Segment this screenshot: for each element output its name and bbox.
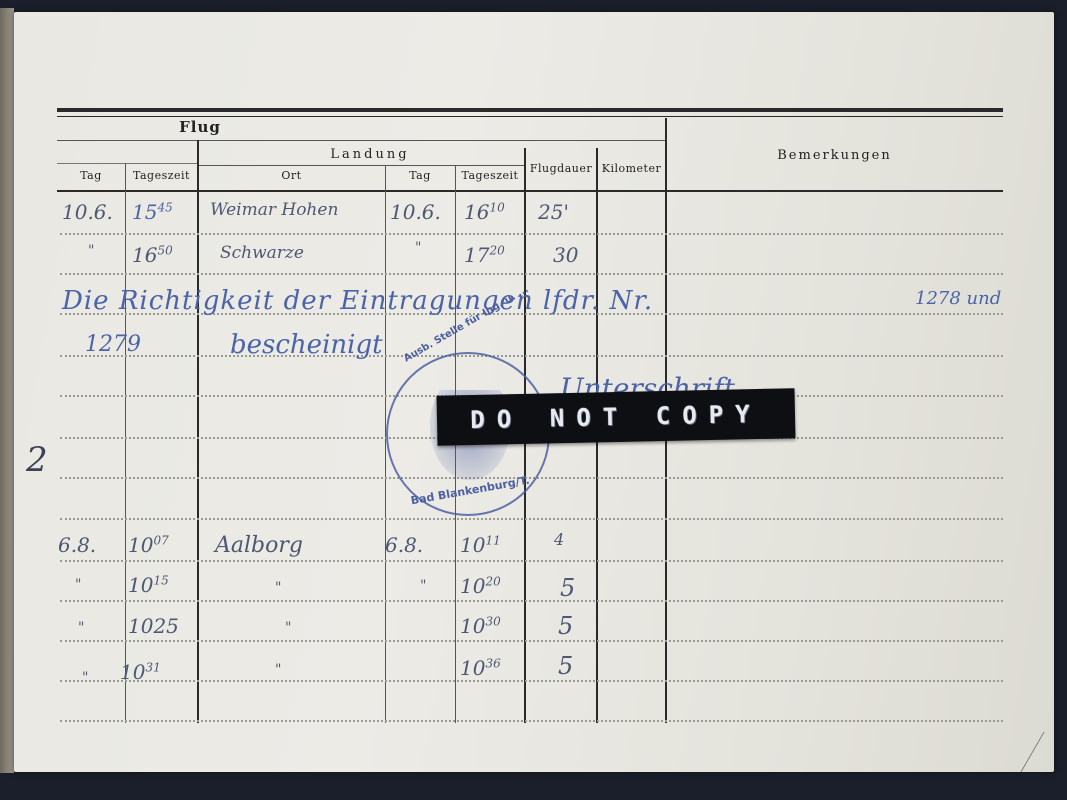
watermark-word: DO bbox=[470, 405, 523, 434]
row-line bbox=[60, 233, 1003, 235]
row3-start-zeit: 1007 bbox=[128, 533, 169, 557]
row1-start-zeit: 1545 bbox=[132, 200, 173, 224]
header-flug-underline bbox=[57, 140, 666, 141]
row1-ort: Weimar Hohen bbox=[210, 200, 338, 220]
row6-dauer: 5 bbox=[558, 652, 573, 680]
row5-start-tag: " bbox=[78, 620, 84, 636]
row2-dauer: 30 bbox=[553, 243, 578, 267]
row-line bbox=[60, 680, 1003, 682]
header-col-flugdauer: Flugdauer bbox=[525, 162, 597, 175]
row-line bbox=[60, 355, 1003, 357]
header-subrow-line bbox=[57, 163, 198, 164]
header-col-kilometer: Kilometer bbox=[597, 162, 666, 175]
row2-start-tag: " bbox=[88, 243, 94, 259]
row3-ort: Aalborg bbox=[215, 533, 303, 558]
row5-ort: " bbox=[285, 620, 291, 636]
header-col-ort: Ort bbox=[198, 169, 385, 182]
row5-dauer: 5 bbox=[558, 612, 573, 640]
watermark-word: NOT bbox=[550, 403, 630, 433]
certification-line2: bescheinigt bbox=[230, 330, 383, 360]
row2-land-tag: " bbox=[415, 240, 421, 256]
row-line bbox=[60, 600, 1003, 602]
header-col-tag: Tag bbox=[57, 169, 125, 182]
row3-land-tag: 6.8. bbox=[385, 533, 423, 557]
row4-start-tag: " bbox=[75, 577, 81, 593]
row1-land-zeit: 1610 bbox=[464, 200, 505, 224]
row-line bbox=[60, 518, 1003, 520]
header-landung: Landung bbox=[290, 147, 450, 162]
certification-line1: Die Richtigkeit der Eintragungen lfdr. N… bbox=[62, 286, 653, 316]
row6-start-tag: " bbox=[82, 670, 88, 686]
row3-start-tag: 6.8. bbox=[58, 533, 96, 557]
row6-start-zeit: 1031 bbox=[120, 660, 161, 684]
header-col-landung-tageszeit: Tageszeit bbox=[455, 169, 525, 182]
row-line bbox=[60, 273, 1003, 275]
row5-start-zeit: 1025 bbox=[128, 614, 179, 638]
row1-land-tag: 10.6. bbox=[390, 200, 441, 224]
book-spine bbox=[0, 8, 14, 773]
header-col-bemerkungen: Bemerkungen bbox=[666, 148, 1003, 163]
row6-ort: " bbox=[275, 662, 281, 678]
header-landung-underline bbox=[198, 165, 525, 166]
row6-land-zeit: 1036 bbox=[460, 656, 501, 680]
top-thick-rule bbox=[57, 108, 1003, 112]
margin-mark: 2 bbox=[26, 440, 48, 480]
row4-dauer: 5 bbox=[560, 574, 575, 602]
row2-start-zeit: 1650 bbox=[132, 243, 173, 267]
row2-land-zeit: 1720 bbox=[464, 243, 505, 267]
row5-land-zeit: 1030 bbox=[460, 614, 501, 638]
row2-ort: Schwarze bbox=[220, 243, 304, 263]
row3-land-zeit: 1011 bbox=[460, 533, 501, 557]
header-col-tageszeit: Tageszeit bbox=[125, 169, 198, 182]
col-divider bbox=[125, 163, 126, 723]
header-flug: Flug bbox=[150, 118, 250, 136]
row-line bbox=[60, 720, 1003, 722]
row1-dauer: 25' bbox=[538, 200, 569, 224]
row1-start-tag: 10.6. bbox=[62, 200, 113, 224]
row4-ort: " bbox=[275, 580, 281, 596]
top-thin-rule bbox=[57, 116, 1003, 117]
header-col-landung-tag: Tag bbox=[385, 169, 455, 182]
do-not-copy-watermark: DO NOT COPY bbox=[437, 388, 796, 445]
row4-start-zeit: 1015 bbox=[128, 573, 169, 597]
row-line bbox=[60, 640, 1003, 642]
row4-land-tag: " bbox=[420, 578, 426, 594]
certification-line1-number: 1278 und bbox=[915, 288, 1001, 309]
watermark-word: COPY bbox=[656, 400, 762, 430]
row4-land-zeit: 1020 bbox=[460, 574, 501, 598]
row3-dauer: 4 bbox=[554, 530, 564, 549]
certification-line2-number: 1279 bbox=[85, 332, 141, 357]
row-line bbox=[60, 560, 1003, 562]
col-divider bbox=[197, 140, 199, 723]
